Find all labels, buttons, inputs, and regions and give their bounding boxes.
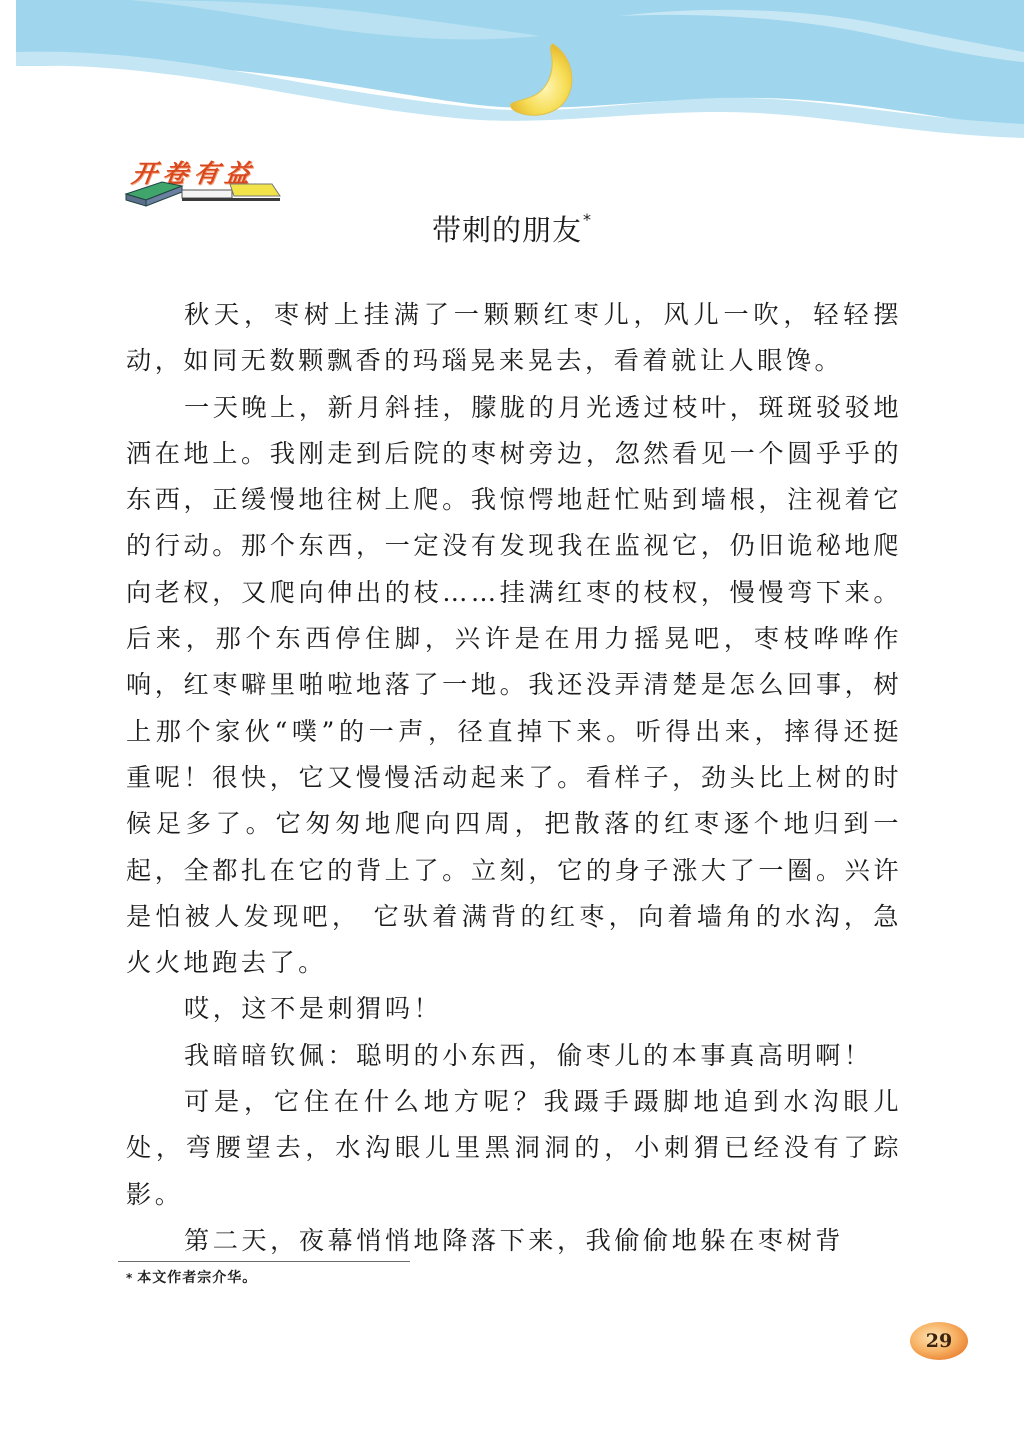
open-book-icon <box>122 178 292 212</box>
crescent-moon-icon <box>505 40 580 118</box>
paragraph: 哎，这不是刺猬吗！ <box>126 986 902 1032</box>
sky-banner <box>0 0 1024 150</box>
article-body: 秋天，枣树上挂满了一颗颗红枣儿，风儿一吹，轻轻摆动，如同无数颗飘香的玛瑙晃来晃去… <box>126 292 902 1264</box>
section-logo: 开卷有益 <box>122 148 292 212</box>
page-number: 29 <box>926 1330 952 1352</box>
title-footnote-mark: * <box>583 210 592 229</box>
paragraph: 可是，它住在什么地方呢？我蹑手蹑脚地追到水沟眼儿处，弯腰望去，水沟眼儿里黑洞洞的… <box>126 1079 902 1218</box>
footnote-divider <box>118 1261 410 1262</box>
paragraph: 第二天，夜幕悄悄地降落下来，我偷偷地躲在枣树背 <box>126 1218 902 1264</box>
footnote-mark: * <box>126 1271 133 1285</box>
paragraph: 一天晚上，新月斜挂，朦胧的月光透过枝叶，斑斑驳驳地洒在地上。我刚走到后院的枣树旁… <box>126 385 902 987</box>
article-title-text: 带刺的朋友 <box>432 213 582 247</box>
footnote-text: 本文作者宗介华。 <box>137 1270 257 1286</box>
page-number-badge: 29 <box>910 1322 968 1360</box>
footnote: *本文作者宗介华。 <box>126 1267 257 1287</box>
article-title: 带刺的朋友* <box>0 208 1024 249</box>
paragraph: 秋天，枣树上挂满了一颗颗红枣儿，风儿一吹，轻轻摆动，如同无数颗飘香的玛瑙晃来晃去… <box>126 292 902 385</box>
paragraph: 我暗暗钦佩：聪明的小东西，偷枣儿的本事真高明啊！ <box>126 1033 902 1079</box>
